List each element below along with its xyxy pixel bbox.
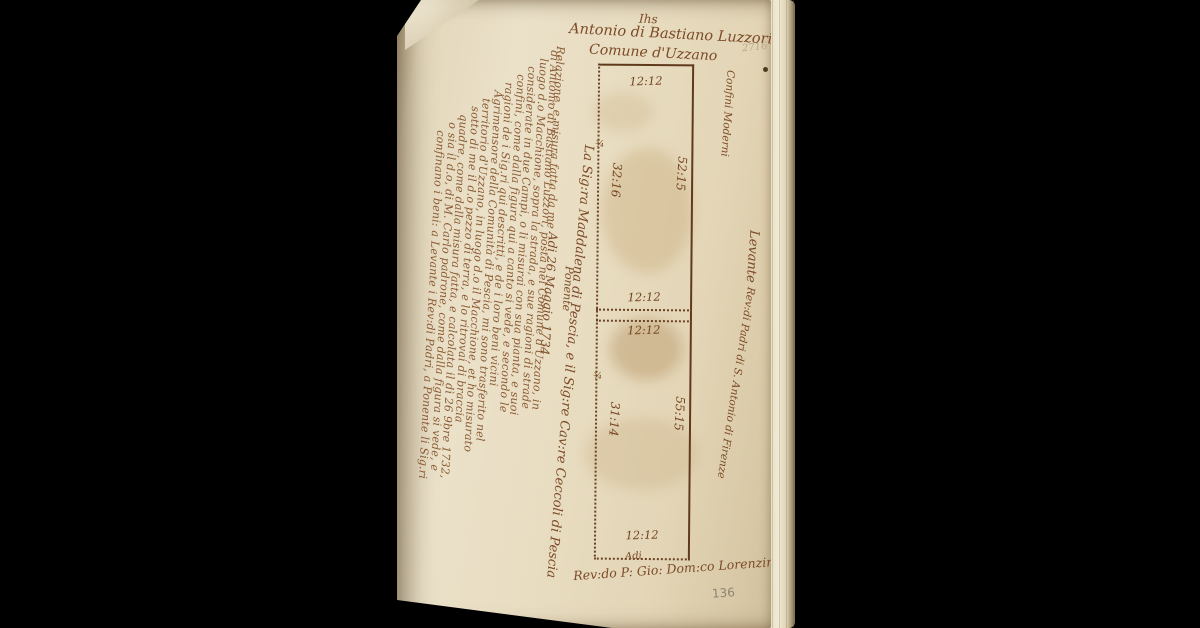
- turned-corner: [405, 0, 479, 50]
- boundaries-note: Confini Moderni: [718, 70, 737, 171]
- fraction-lower-left: ¾: [593, 372, 602, 382]
- measure-lower-left: 31:14: [603, 401, 622, 486]
- measure-lower-right: 55:15: [668, 396, 687, 481]
- east-neighbor: Rev:di Padri di S. Antonio di Firenze: [717, 286, 757, 464]
- middle-dotted-line: [596, 309, 692, 312]
- header-line2: Comune d'Uzzano: [589, 42, 718, 65]
- measure-bottom: 12:12: [625, 528, 659, 543]
- folio-number: 136: [712, 585, 736, 601]
- fraction-upper-left: ¾: [595, 140, 604, 150]
- archival-number: 2716: [741, 41, 767, 55]
- parchment-page: Ihs Antonio di Bastiano Luzzori del Comu…: [397, 0, 771, 628]
- measure-top: 12:12: [629, 74, 663, 89]
- measure-upper-left: 32:16: [605, 162, 624, 247]
- ink-blot: [763, 67, 768, 72]
- parcel-diagram: 12:12 52:15 32:16 ¾ 12:12 12:12 55:15 31…: [594, 64, 694, 561]
- signature-prefix: Adi: [625, 551, 642, 563]
- manuscript-scan: Ihs Antonio di Bastiano Luzzori del Comu…: [0, 0, 1200, 628]
- measure-middle-above: 12:12: [627, 290, 661, 305]
- measure-upper-right: 52:15: [670, 156, 689, 241]
- measure-middle-below: 12:12: [627, 323, 661, 338]
- book-page: Ihs Antonio di Bastiano Luzzori del Comu…: [397, 0, 798, 628]
